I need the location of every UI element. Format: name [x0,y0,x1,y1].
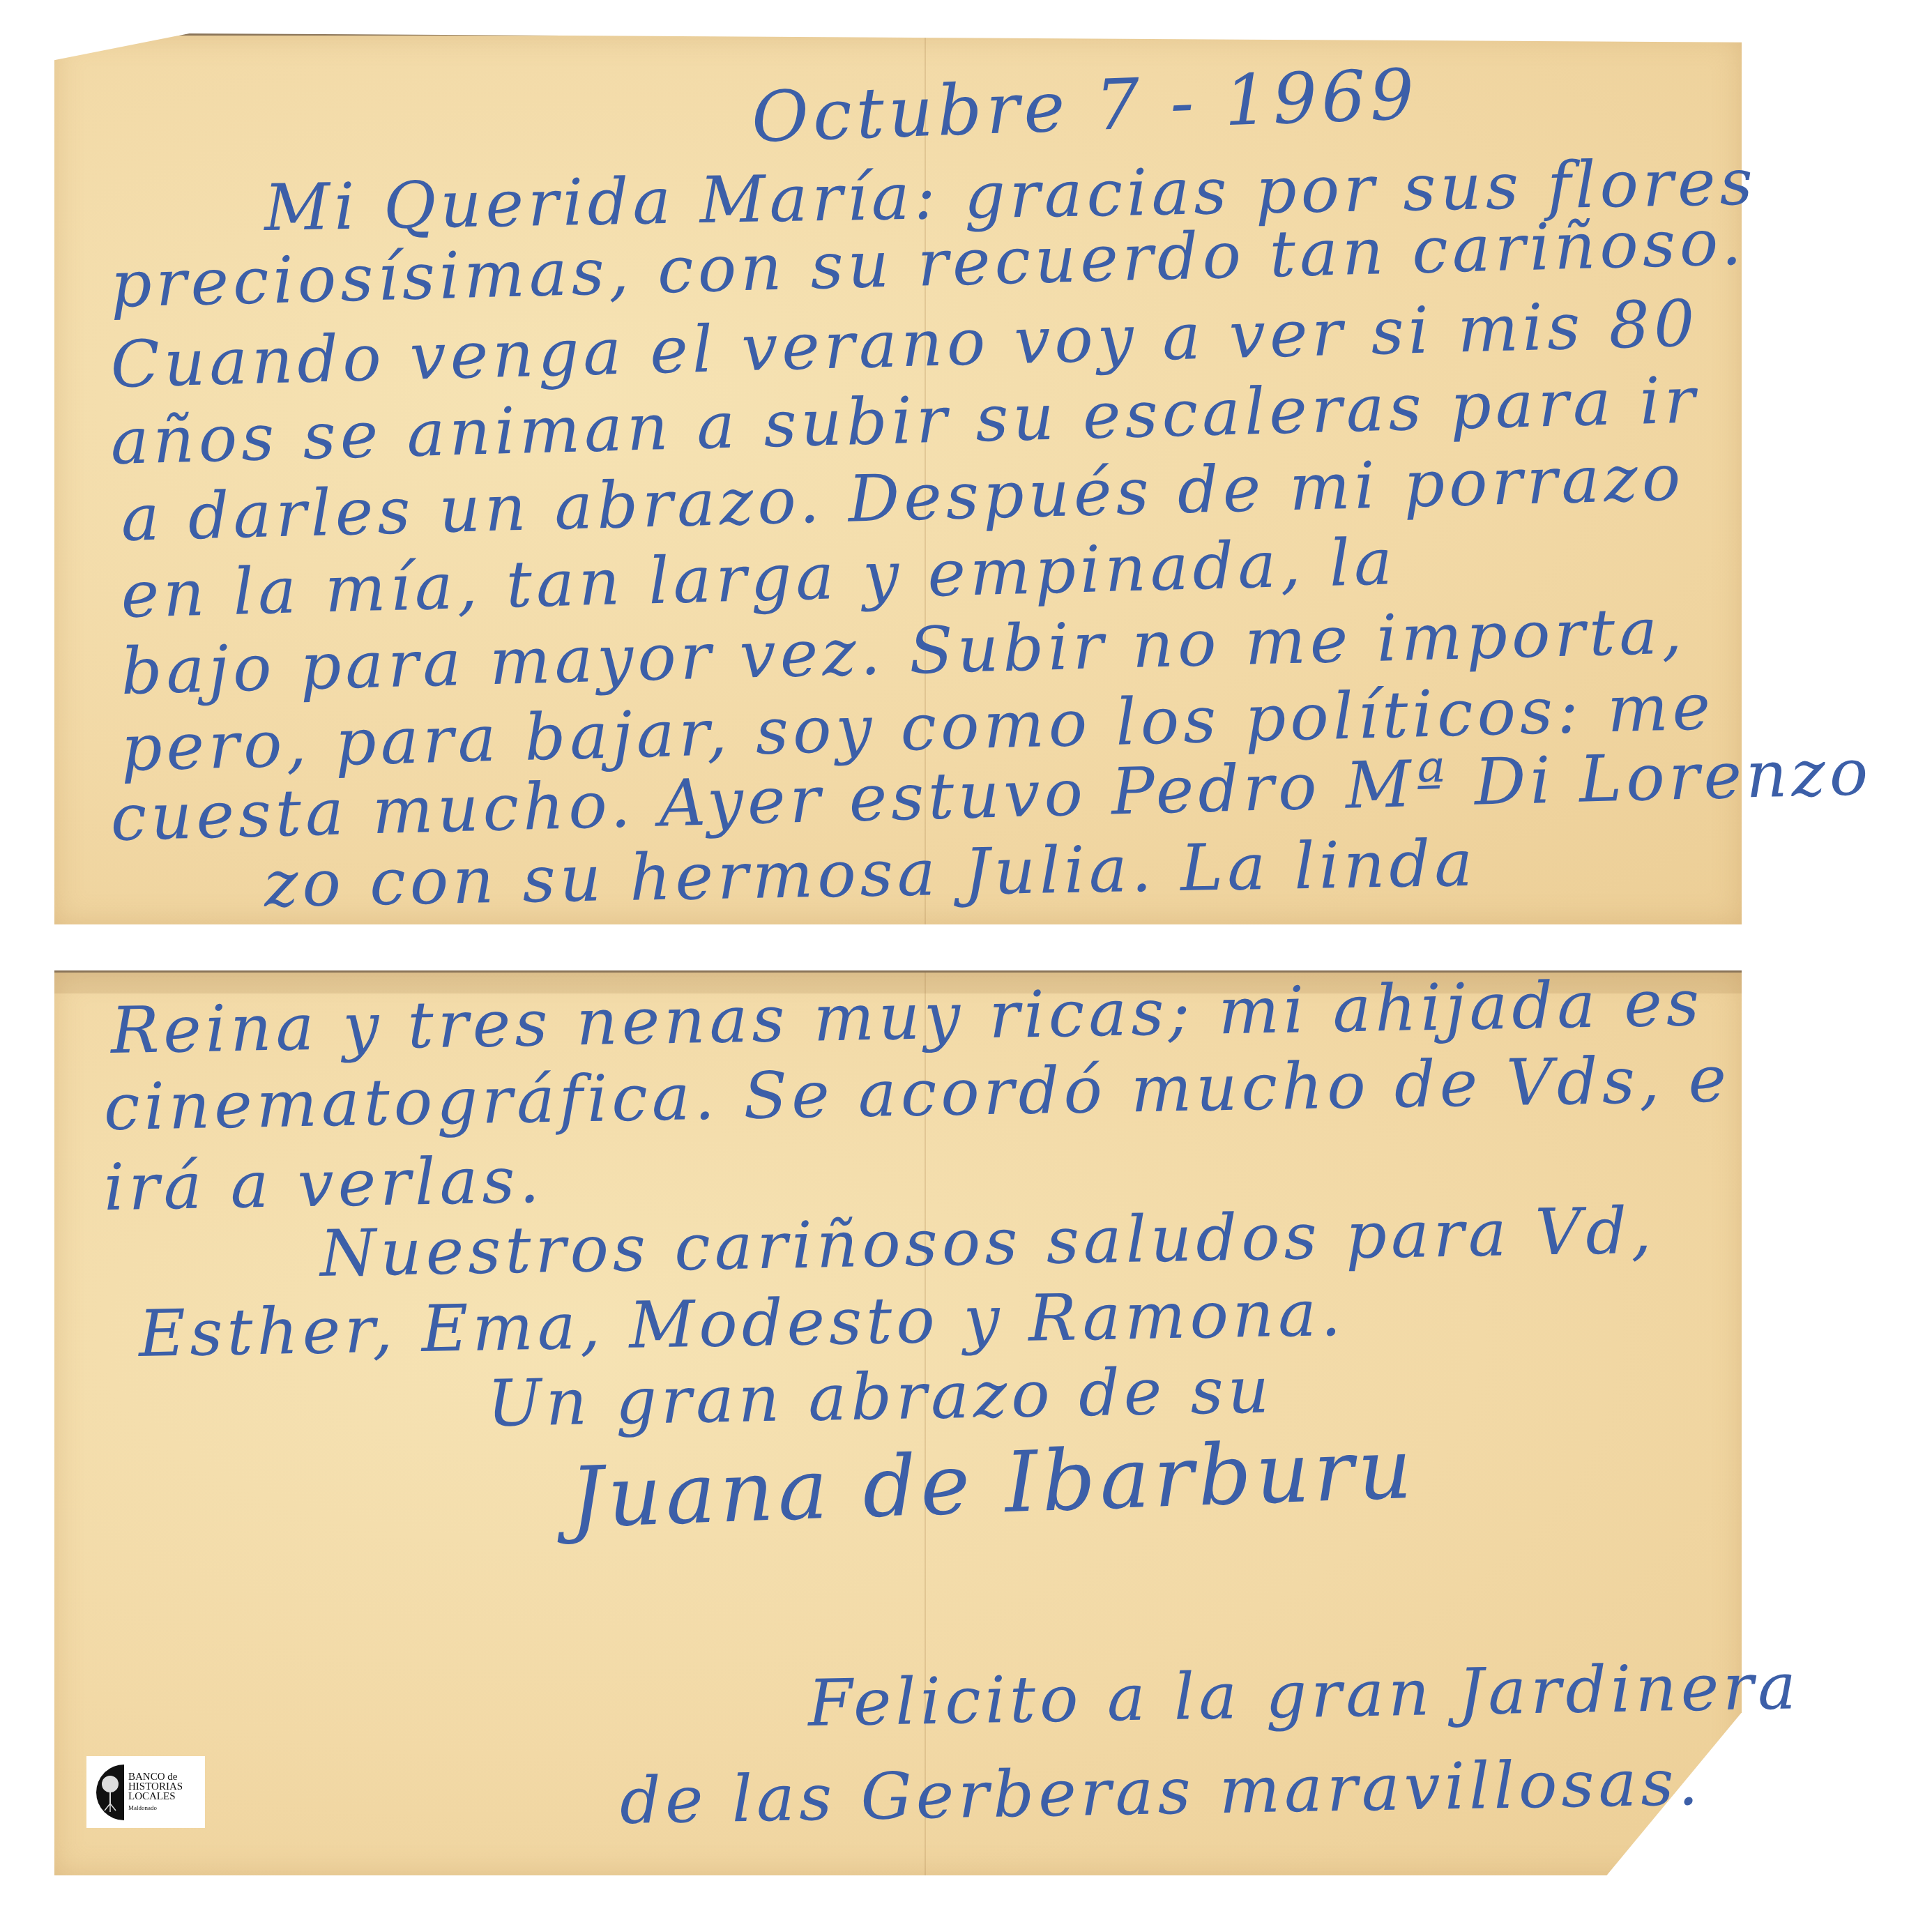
logo-text: BANCO de HISTORIAS LOCALES Maldonado [128,1772,183,1813]
tree-icon [96,1765,124,1820]
letter-line-13: irá a verlas. [103,1143,544,1225]
logo-line-3: LOCALES [128,1792,183,1801]
logo-line-1: BANCO de [128,1772,183,1782]
banco-historias-locales-logo: BANCO de HISTORIAS LOCALES Maldonado [86,1756,205,1828]
logo-line-4: Maldonado [128,1803,183,1813]
logo-line-2: HISTORIAS [128,1782,183,1792]
letter-line-16: Un gran abrazo de su [487,1353,1274,1441]
